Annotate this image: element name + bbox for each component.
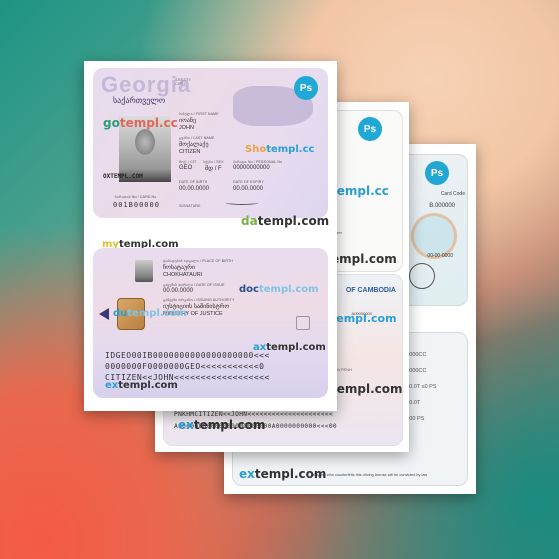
first-name: JOHN bbox=[179, 125, 194, 131]
photoshop-icon: Ps bbox=[294, 76, 318, 100]
photoshop-icon: Ps bbox=[425, 161, 449, 185]
watermark-dutempl: dutempl.com bbox=[113, 308, 187, 319]
place-of-birth: CHOKHATAURI bbox=[163, 272, 202, 278]
sex: მდ / F bbox=[205, 165, 222, 172]
georgia-id-front: Georgia IDENTITYCARD საქართველო Ps OXTEM… bbox=[93, 68, 328, 218]
place-of-birth-native: ჩოხატაური bbox=[163, 264, 195, 271]
last-name-label: გვარი / LAST NAME bbox=[179, 136, 214, 140]
dob-label: DATE OF BIRTH bbox=[179, 180, 207, 184]
issue-date-label: გაცემის თარიღი / DATE OF ISSUE bbox=[163, 283, 225, 287]
expiry: 00.00.0000 bbox=[233, 186, 263, 192]
watermark-empl-com-passport: empl.com bbox=[331, 252, 397, 266]
sex-label: სქესი / SEX bbox=[203, 160, 224, 164]
signature bbox=[225, 200, 259, 205]
watermark-extempl: extempl.com bbox=[105, 380, 178, 391]
personal-no-label: პირადი No / PERSONAL No bbox=[233, 160, 282, 164]
expiry-label: DATE OF EXPIRY bbox=[233, 180, 264, 184]
georgia-id-back: დაბადების ადგილი / PLACE OF BIRTH ჩოხატა… bbox=[93, 248, 328, 398]
watermark-templ-com-passport: templ.com bbox=[331, 312, 397, 325]
license-date: 00-00-0000 bbox=[427, 253, 453, 259]
signature-label: SIGNATURE bbox=[179, 204, 201, 208]
watermark-datempl: datempl.com bbox=[241, 214, 329, 228]
card-no-label: ბარათის No / CARD No bbox=[115, 195, 156, 199]
watermark-extempl-passport: extempl.com bbox=[178, 418, 265, 432]
card-code-value: B.000000 bbox=[429, 203, 455, 209]
passport-mrz-line-1: PNKHMCITIZEN<<JOHN<<<<<<<<<<<<<<<<<<<<< bbox=[174, 411, 333, 418]
passport-country-title: OF CAMBODIA bbox=[346, 287, 396, 294]
license-warning: Anyone who counterfeits this driving lic… bbox=[313, 473, 427, 477]
holder-photo-small bbox=[135, 260, 153, 282]
watermark-shotempl: Shotempl.cc bbox=[245, 144, 314, 155]
georgia-mrz-line-1: IDGEO00IB0000000000000000000<<< bbox=[105, 351, 270, 360]
first-name-label: სახელი / FIRST NAME bbox=[179, 112, 219, 116]
card-type: IDENTITYCARD bbox=[175, 78, 191, 86]
watermark-gotempl: gotempl.cc bbox=[103, 116, 178, 130]
sheet-georgia-id: Georgia IDENTITYCARD საქართველო Ps OXTEM… bbox=[84, 61, 337, 411]
authority-label: გამცემი ორგანო / ISSUING AUTHORITY bbox=[163, 298, 234, 302]
last-name-native: მოქალაქე bbox=[179, 141, 209, 148]
last-name: CITIZEN bbox=[179, 149, 200, 155]
watermark-extempl-license: extempl.com bbox=[239, 467, 326, 481]
personal-no: 00000000000 bbox=[233, 165, 270, 171]
watermark-templ-cc-passport: templ.cc bbox=[331, 184, 389, 198]
first-name-native: იოანე bbox=[179, 117, 196, 124]
arrow-icon bbox=[99, 308, 109, 320]
card-no: 001B00000 bbox=[113, 201, 160, 209]
country-native: საქართველო bbox=[113, 96, 165, 105]
official-stamp bbox=[409, 263, 435, 289]
watermark-templ-com-passport-2: templ.com bbox=[331, 382, 403, 396]
issue-date: 00.00.0000 bbox=[163, 288, 193, 294]
nationality: GEO bbox=[179, 165, 192, 171]
watermark-axtempl: axtempl.com bbox=[253, 342, 326, 353]
card-code-label: Card Code bbox=[441, 191, 465, 197]
place-of-birth-label: დაბადების ადგილი / PLACE OF BIRTH bbox=[163, 259, 233, 263]
dob: 00.00.0000 bbox=[179, 186, 209, 192]
georgia-mrz-line-2: 0000000F0000000GEO<<<<<<<<<<<0 bbox=[105, 362, 265, 371]
photoshop-icon: Ps bbox=[358, 117, 382, 141]
photo-watermark: OXTEMPL.COM bbox=[103, 173, 143, 180]
nationality-label: მოქ. / CIT bbox=[179, 160, 196, 164]
coat-of-arms-icon bbox=[296, 316, 310, 330]
watermark-doctempl: doctempl.com bbox=[239, 284, 319, 295]
